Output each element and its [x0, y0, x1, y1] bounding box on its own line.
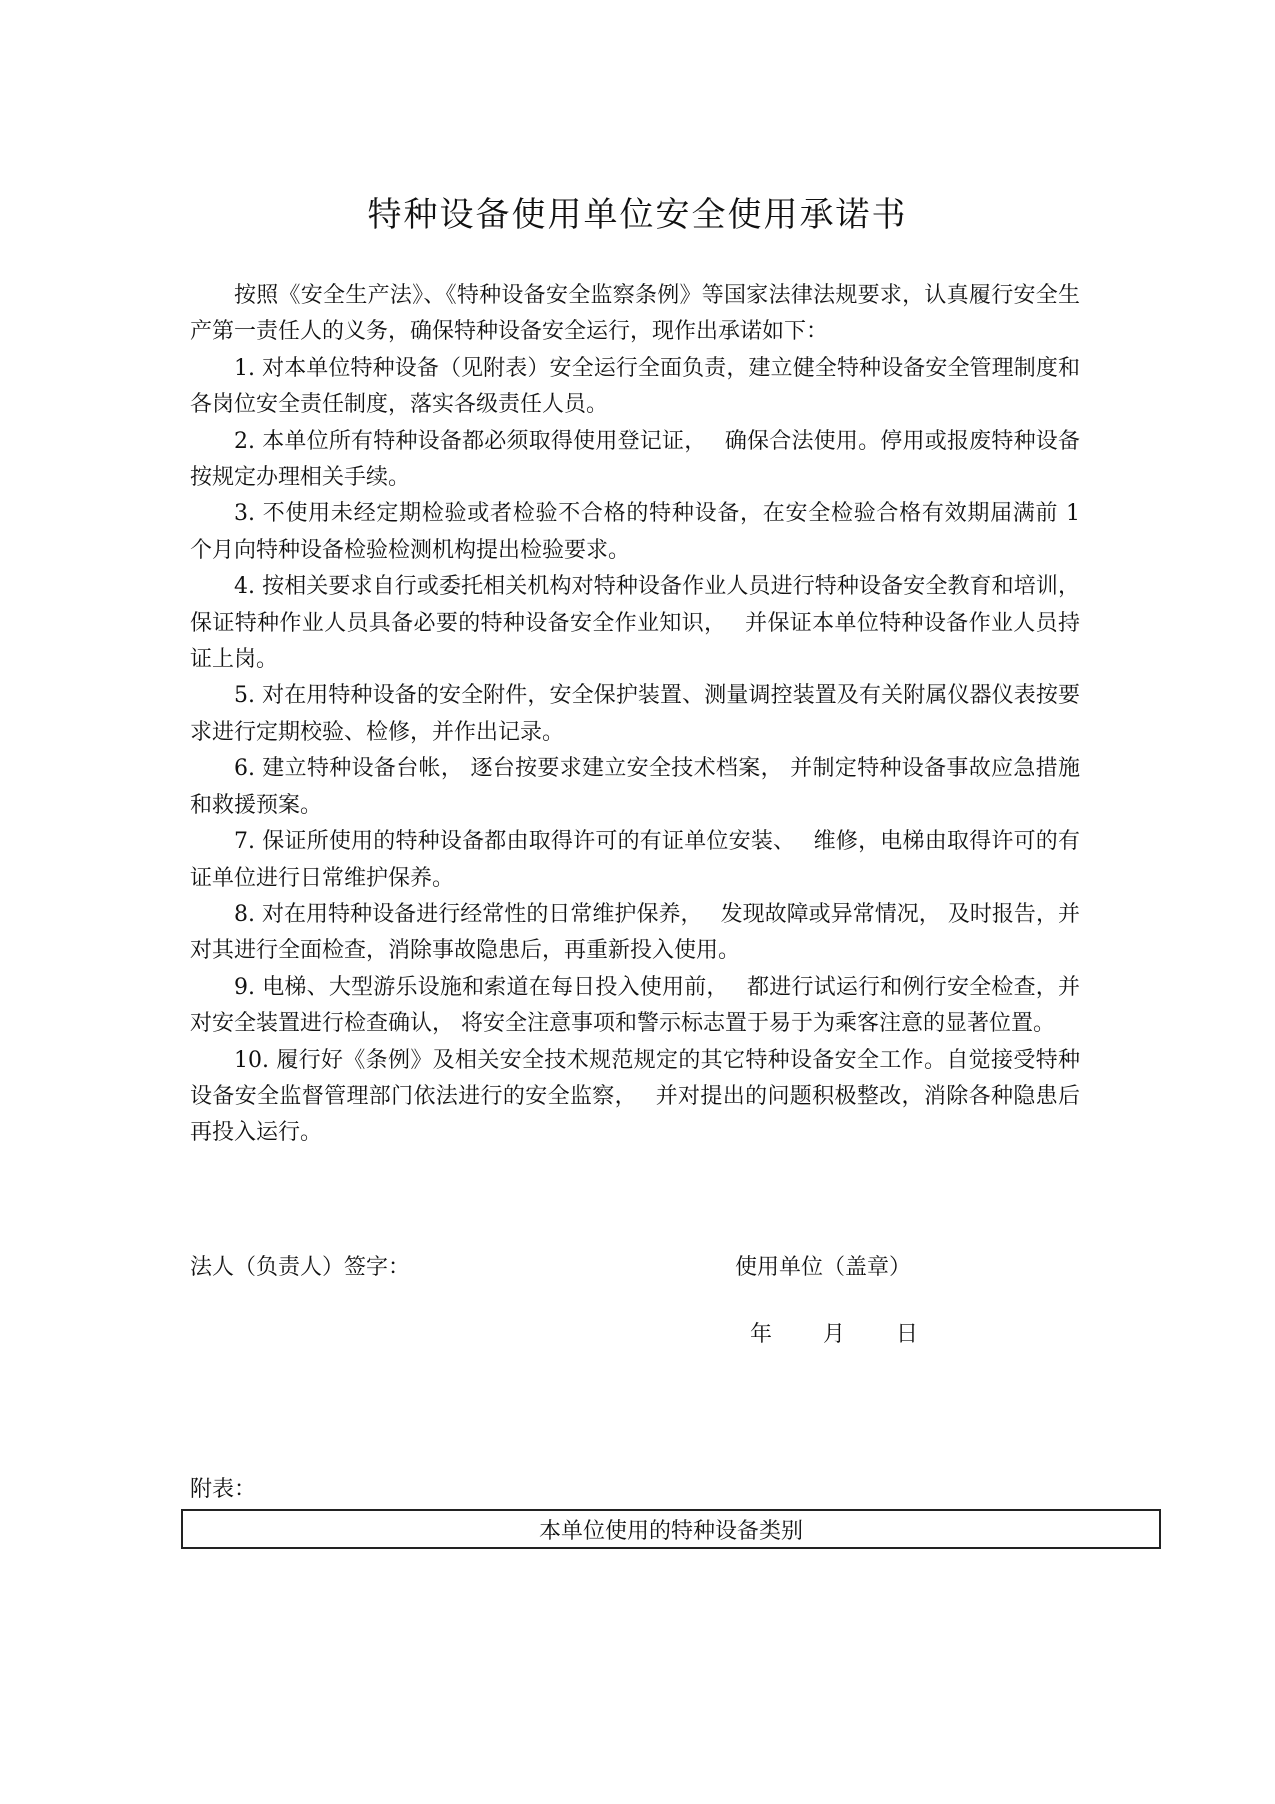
appendix-table-header: 本单位使用的特种设备类别: [539, 1514, 803, 1545]
document-body: 按照《安全生产法》、《特种设备安全监察条例》等国家法律法规要求，认真履行安全生产…: [190, 278, 1080, 1152]
intro-paragraph: 按照《安全生产法》、《特种设备安全监察条例》等国家法律法规要求，认真履行安全生产…: [190, 278, 1080, 351]
item-6: 6. 建立特种设备台帐， 逐台按要求建立安全技术档案， 并制定特种设备事故应急措…: [190, 751, 1080, 824]
item-2: 2. 本单位所有特种设备都必须取得使用登记证， 确保合法使用。停用或报废特种设备…: [190, 424, 1080, 497]
appendix-table: 本单位使用的特种设备类别: [181, 1509, 1161, 1549]
document-title: 特种设备使用单位安全使用承诺书: [0, 192, 1275, 238]
item-1: 1. 对本单位特种设备（见附表）安全运行全面负责，建立健全特种设备安全管理制度和…: [190, 351, 1080, 424]
item-8: 8. 对在用特种设备进行经常性的日常维护保养， 发现故障或异常情况， 及时报告，…: [190, 897, 1080, 970]
signature-date: 年 月 日: [750, 1320, 962, 1350]
date-month: 月: [823, 1320, 845, 1350]
item-10: 10. 履行好《条例》及相关安全技术规范规定的其它特种设备安全工作。自觉接受特种…: [190, 1043, 1080, 1152]
date-day: 日: [896, 1320, 918, 1350]
item-7: 7. 保证所使用的特种设备都由取得许可的有证单位安装、 维修，电梯由取得许可的有…: [190, 824, 1080, 897]
legal-person-signature-label: 法人（负责人）签字：: [190, 1253, 410, 1283]
date-year: 年: [750, 1320, 772, 1350]
appendix-label: 附表：: [190, 1475, 256, 1505]
item-5: 5. 对在用特种设备的安全附件，安全保护装置、测量调控装置及有关附属仪器仪表按要…: [190, 678, 1080, 751]
item-4: 4. 按相关要求自行或委托相关机构对特种设备作业人员进行特种设备安全教育和培训，…: [190, 569, 1080, 678]
item-3: 3. 不使用未经定期检验或者检验不合格的特种设备，在安全检验合格有效期届满前 1…: [190, 496, 1080, 569]
unit-seal-label: 使用单位（盖章）: [735, 1253, 911, 1283]
item-9: 9. 电梯、大型游乐设施和索道在每日投入使用前， 都进行试运行和例行安全检查，并…: [190, 970, 1080, 1043]
